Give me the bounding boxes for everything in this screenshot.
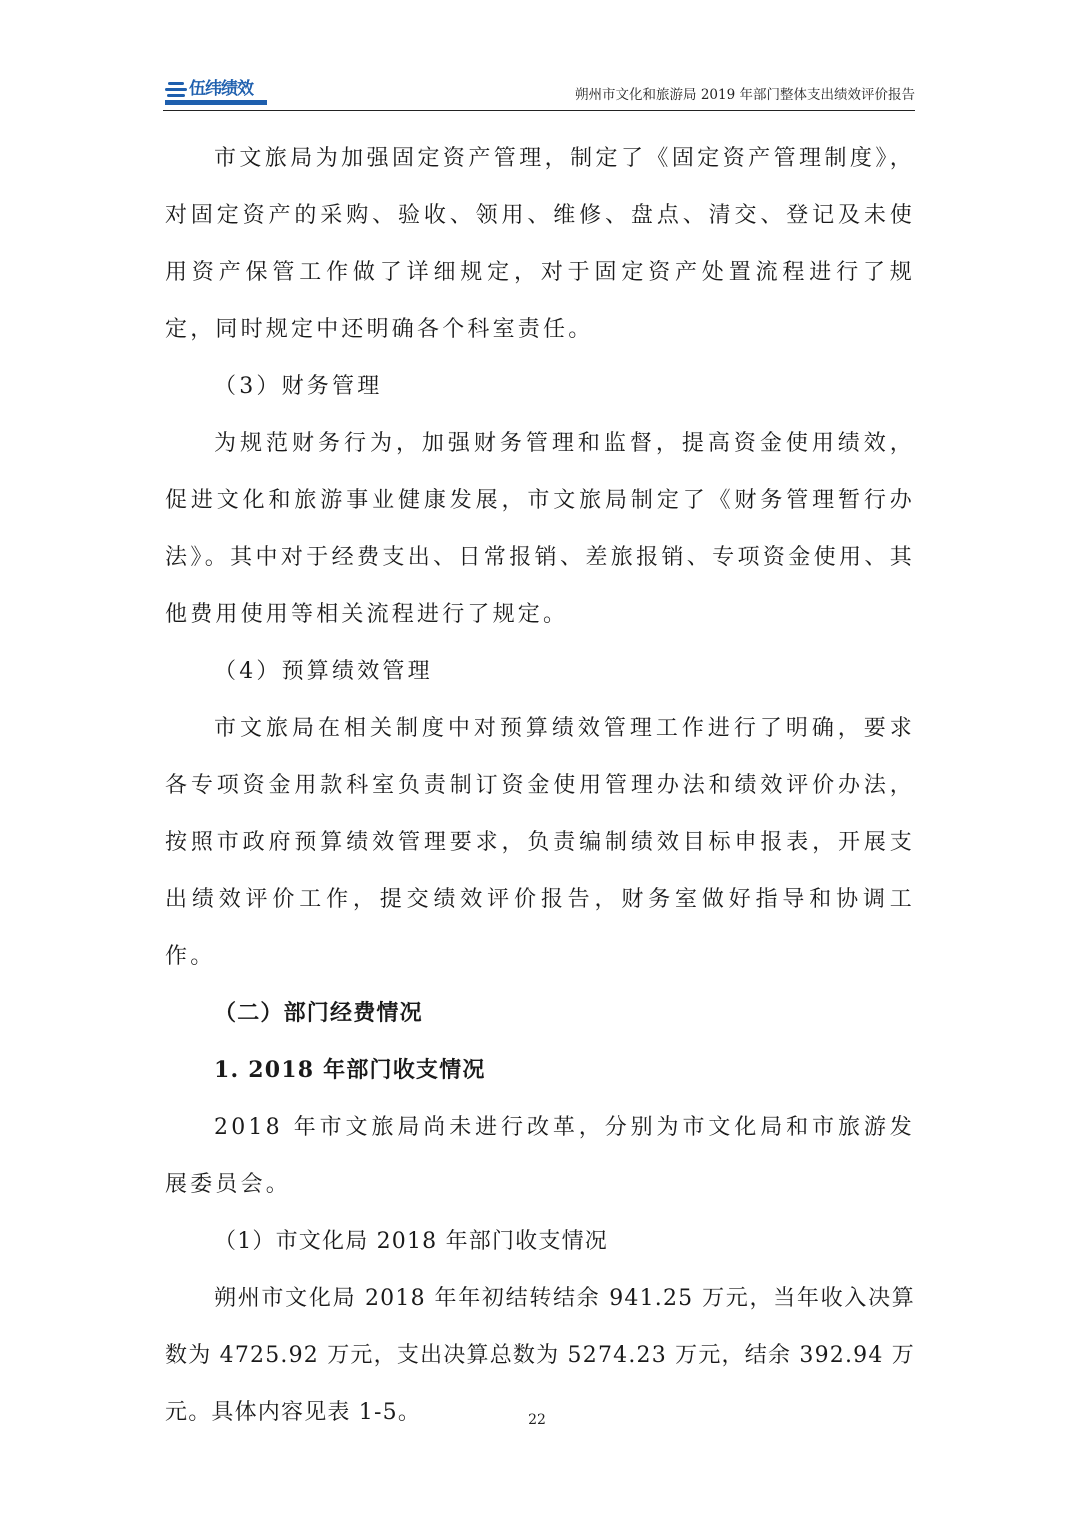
heading-budget-performance: （4）预算绩效管理 [165,643,915,700]
paragraph-financial-management: 为规范财务行为，加强财务管理和监督，提高资金使用绩效，促进文化和旅游事业健康发展… [165,415,915,643]
company-logo: 伍纬绩效 [165,78,267,106]
section-heading-department-funds: （二）部门经费情况 [165,985,915,1042]
page-number: 22 [0,1412,1074,1428]
paragraph-budget-performance: 市文旅局在相关制度中对预算绩效管理工作进行了明确，要求各专项资金用款科室负责制订… [165,700,915,985]
heading-culture-bureau-2018: （1）市文化局 2018 年部门收支情况 [165,1213,915,1270]
logo-text: 伍纬绩效 [189,78,253,100]
subsection-heading-2018-income-expense: 1. 2018 年部门收支情况 [165,1042,915,1099]
paragraph-2018-reform: 2018 年市文旅局尚未进行改革，分别为市文化局和市旅游发展委员会。 [165,1099,915,1213]
paragraph-fixed-assets: 市文旅局为加强固定资产管理，制定了《固定资产管理制度》，对固定资产的采购、验收、… [165,130,915,358]
heading-financial-management: （3）财务管理 [165,358,915,415]
page-body: 市文旅局为加强固定资产管理，制定了《固定资产管理制度》，对固定资产的采购、验收、… [165,130,915,1441]
page-header: 伍纬绩效 朔州市文化和旅游局 2019 年部门整体支出绩效评价报告 [163,76,915,111]
logo-wave-icon [165,82,187,98]
logo-tagline-bar [165,100,267,105]
report-title: 朔州市文化和旅游局 2019 年部门整体支出绩效评价报告 [575,86,915,104]
